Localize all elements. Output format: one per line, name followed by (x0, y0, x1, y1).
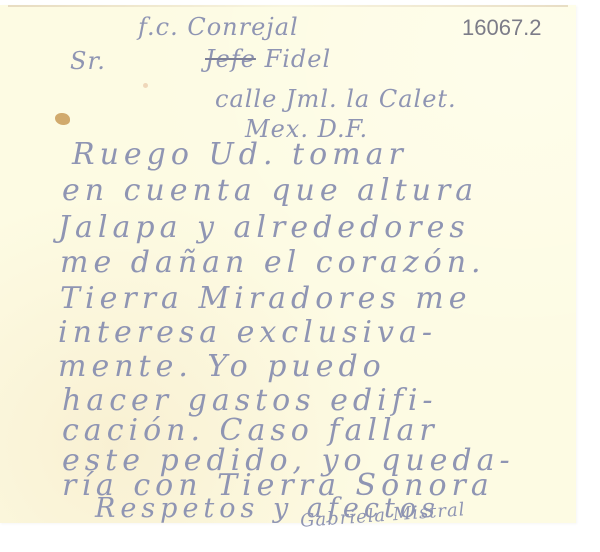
addressee: Jefe Fidel (205, 45, 331, 73)
body-line-6: interesa exclusiva- (58, 315, 437, 350)
body-line-2: en cuenta que altura (62, 173, 478, 208)
paper-stain (55, 113, 70, 125)
annotation-fc: f.c. Conrejal (138, 13, 299, 41)
address-line: calle Jml. la Calet. (215, 85, 457, 113)
body-line-5: Tierra Miradores me (60, 281, 472, 316)
salutation: Sr. (70, 47, 106, 75)
paper-top-edge (8, 5, 568, 7)
body-line-4: me dañan el corazón. (60, 245, 486, 280)
body-line-7: mente. Yo puedo (58, 349, 386, 384)
body-line-3: Jalapa y alrededores (58, 210, 470, 245)
body-line-1: Ruego Ud. tomar (72, 137, 408, 172)
addressee-struck: Jefe (205, 45, 256, 73)
addressee-name: Fidel (265, 45, 332, 73)
catalog-number: 16067.2 (462, 15, 542, 41)
paper-stain-small (143, 83, 148, 88)
letter-paper: 16067.2 f.c. Conrejal Sr. Jefe Fidel cal… (0, 5, 576, 523)
